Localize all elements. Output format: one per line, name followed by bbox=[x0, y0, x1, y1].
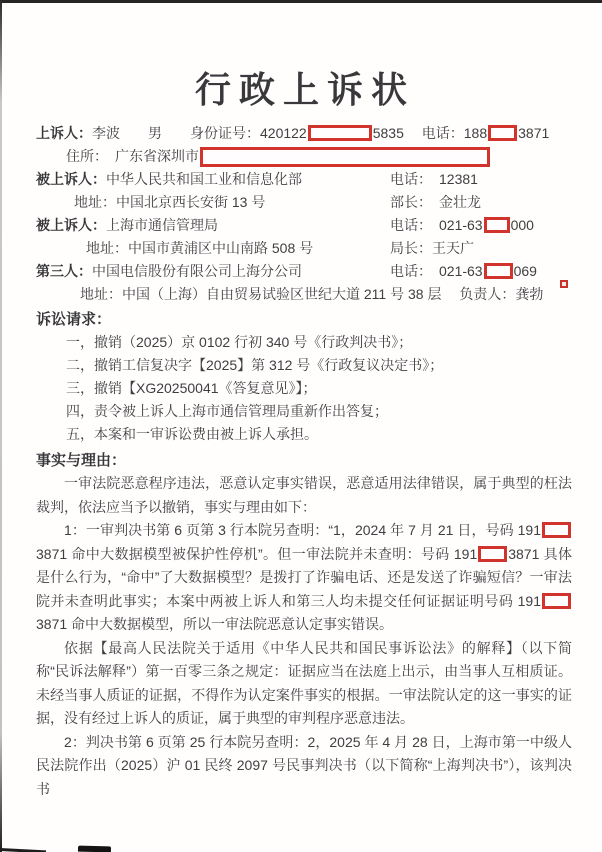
facts-paragraph: 一审法院恶意程序违法，恶意认定事实错误，恶意适用法律错误，属于典型的枉法裁判，依… bbox=[36, 472, 572, 519]
appellee-1-name: 中华人民共和国工业和信息化部 bbox=[106, 171, 302, 187]
appellee-2-phone-suffix: 000 bbox=[511, 217, 534, 233]
facts-heading: 事实与理由： bbox=[36, 449, 572, 472]
text-run: 依据【最高人民法院关于适用《中华人民共和国民事诉讼法》的解释】（以下简称“民诉法… bbox=[36, 640, 572, 727]
redaction-box bbox=[200, 147, 490, 167]
row-left: 地址：中国（上海）自由贸易试验区世纪大道 211 号 38 层 负责人：龚勃 bbox=[80, 284, 572, 305]
scan-bottom-artifact-line bbox=[0, 848, 46, 852]
row-right: 电话： 12381 bbox=[390, 169, 572, 190]
text-run: 1：一审判决书第 6 页第 3 行本院另查明：“1，2024 年 7 月 21 … bbox=[64, 522, 541, 538]
appellant-address-row: 住所： 广东省深圳市 bbox=[36, 146, 572, 167]
row-right: 部长： 金壮龙 bbox=[390, 192, 572, 213]
text-run: 3871 命中大数据模型，所以一审法院恶意认定事实错误。 bbox=[36, 616, 393, 632]
row-left: 上诉人：李波 男 身份证号：4201225835 电话：1883871 bbox=[36, 123, 572, 144]
appellee1-row: 被上诉人：中华人民共和国工业和信息化部电话： 12381 bbox=[36, 169, 572, 190]
appellee-1-address: 地址：中国北京西长安街 13 号 bbox=[74, 194, 265, 210]
row-right: 局长：王天广 bbox=[390, 238, 572, 259]
third-party-row: 第三人：中国电信股份有限公司上海分公司电话： 021-63069 bbox=[36, 261, 572, 282]
row-left: 被上诉人：上海市通信管理局 bbox=[36, 215, 390, 236]
third-party-address-row: 地址：中国（上海）自由贸易试验区世纪大道 211 号 38 层 负责人：龚勃 bbox=[36, 284, 572, 305]
facts-section: 一审法院恶意程序违法，恶意认定事实错误，恶意适用法律错误，属于典型的枉法裁判，依… bbox=[36, 472, 572, 801]
scan-left-edge bbox=[0, 0, 2, 852]
appellant-phone-suffix: 3871 bbox=[518, 125, 549, 141]
facts-paragraph: 2：判决书第 6 页第 25 行本院另查明：2，2025 年 4 月 28 日，… bbox=[36, 731, 572, 802]
document-page: 行政上诉状 上诉人：李波 男 身份证号：4201225835 电话：188387… bbox=[0, 0, 602, 852]
third-party-name: 中国电信股份有限公司上海分公司 bbox=[92, 263, 302, 279]
appellee-2-officer: 局长：王天广 bbox=[390, 240, 474, 256]
appellee-1-officer: 部长： 金壮龙 bbox=[390, 194, 481, 210]
redaction-box bbox=[542, 522, 571, 538]
redaction-box bbox=[488, 125, 517, 141]
row-left: 被上诉人：中华人民共和国工业和信息化部 bbox=[36, 169, 390, 190]
claims-heading: 诉讼请求： bbox=[36, 308, 572, 331]
third-party-phone-suffix: 069 bbox=[514, 263, 537, 279]
third-party-phone-prefix: 电话： 021-63 bbox=[390, 263, 483, 279]
label-appellee-2: 被上诉人： bbox=[36, 217, 106, 233]
redaction-box bbox=[308, 125, 372, 141]
text-run: 2：判决书第 6 页第 25 行本院另查明：2，2025 年 4 月 28 日，… bbox=[36, 734, 572, 797]
appellee-2-address: 地址：中国市黄浦区中山南路 508 号 bbox=[86, 240, 313, 256]
redaction-box bbox=[478, 546, 507, 562]
row-left: 第三人：中国电信股份有限公司上海分公司 bbox=[36, 261, 390, 282]
third-party-address: 地址：中国（上海）自由贸易试验区世纪大道 211 号 38 层 负责人：龚勃 bbox=[80, 286, 543, 302]
row-right: 电话： 021-63000 bbox=[390, 215, 572, 236]
claim-item: 一，撤销（2025）京 0102 行初 340 号《行政判决书》； bbox=[36, 331, 572, 354]
claims-list: 一，撤销（2025）京 0102 行初 340 号《行政判决书》；二，撤销工信复… bbox=[36, 331, 572, 446]
document-title: 行政上诉状 bbox=[0, 70, 602, 110]
label-appellant: 上诉人： bbox=[36, 125, 92, 141]
document-body: 上诉人：李波 男 身份证号：4201225835 电话：1883871住所： 广… bbox=[0, 123, 602, 801]
appellee2-row: 被上诉人：上海市通信管理局电话： 021-63000 bbox=[36, 215, 572, 236]
row-left: 地址：中国市黄浦区中山南路 508 号 bbox=[86, 238, 390, 259]
appellee-1-phone: 电话： 12381 bbox=[390, 171, 478, 187]
label-appellee-1: 被上诉人： bbox=[36, 171, 106, 187]
claim-item: 四，责令被上诉人上海市通信管理局重新作出答复； bbox=[36, 400, 572, 423]
appellee-2-name: 上海市通信管理局 bbox=[106, 217, 218, 233]
parties-section: 上诉人：李波 男 身份证号：4201225835 电话：1883871住所： 广… bbox=[36, 123, 572, 305]
redaction-box bbox=[542, 593, 571, 609]
appellee-2-phone-prefix: 电话： 021-63 bbox=[390, 217, 483, 233]
facts-paragraph: 依据【最高人民法院关于适用《中华人民共和国民事诉讼法》的解释】（以下简称“民诉法… bbox=[36, 637, 572, 731]
scan-top-edge bbox=[0, 0, 602, 3]
label-third-party: 第三人： bbox=[36, 263, 92, 279]
appellant-phone-prefix: 5835 电话：188 bbox=[373, 125, 487, 141]
facts-paragraph: 1：一审判决书第 6 页第 3 行本院另查明：“1，2024 年 7 月 21 … bbox=[36, 519, 572, 637]
row-right: 电话： 021-63069 bbox=[390, 261, 572, 282]
redaction-box bbox=[484, 217, 510, 233]
claim-item: 五，本案和一审诉讼费由被上诉人承担。 bbox=[36, 423, 572, 446]
text-run: 3871 命中大数据模型被保护性停机”。但一审法院并未查明：号码 191 bbox=[36, 546, 477, 562]
appellant-address: 住所： 广东省深圳市 bbox=[66, 148, 199, 164]
scan-bottom-artifact-blob bbox=[78, 846, 111, 852]
row-left: 地址：中国北京西长安街 13 号 bbox=[74, 192, 390, 213]
row-left: 住所： 广东省深圳市 bbox=[66, 146, 572, 167]
redaction-box bbox=[484, 263, 513, 279]
appellant-info: 李波 男 身份证号：420122 bbox=[92, 125, 307, 141]
appellee2-address-row: 地址：中国市黄浦区中山南路 508 号局长：王天广 bbox=[36, 238, 572, 259]
appellee1-address-row: 地址：中国北京西长安街 13 号部长： 金壮龙 bbox=[36, 192, 572, 213]
text-run: 一审法院恶意程序违法，恶意认定事实错误，恶意适用法律错误，属于典型的枉法裁判，依… bbox=[36, 475, 572, 515]
claim-item: 三，撤销【XG20250041《答复意见》】； bbox=[36, 377, 572, 400]
appellant-row: 上诉人：李波 男 身份证号：4201225835 电话：1883871 bbox=[36, 123, 572, 144]
claim-item: 二，撤销工信复决字【2025】第 312 号《行政复议决定书》； bbox=[36, 354, 572, 377]
